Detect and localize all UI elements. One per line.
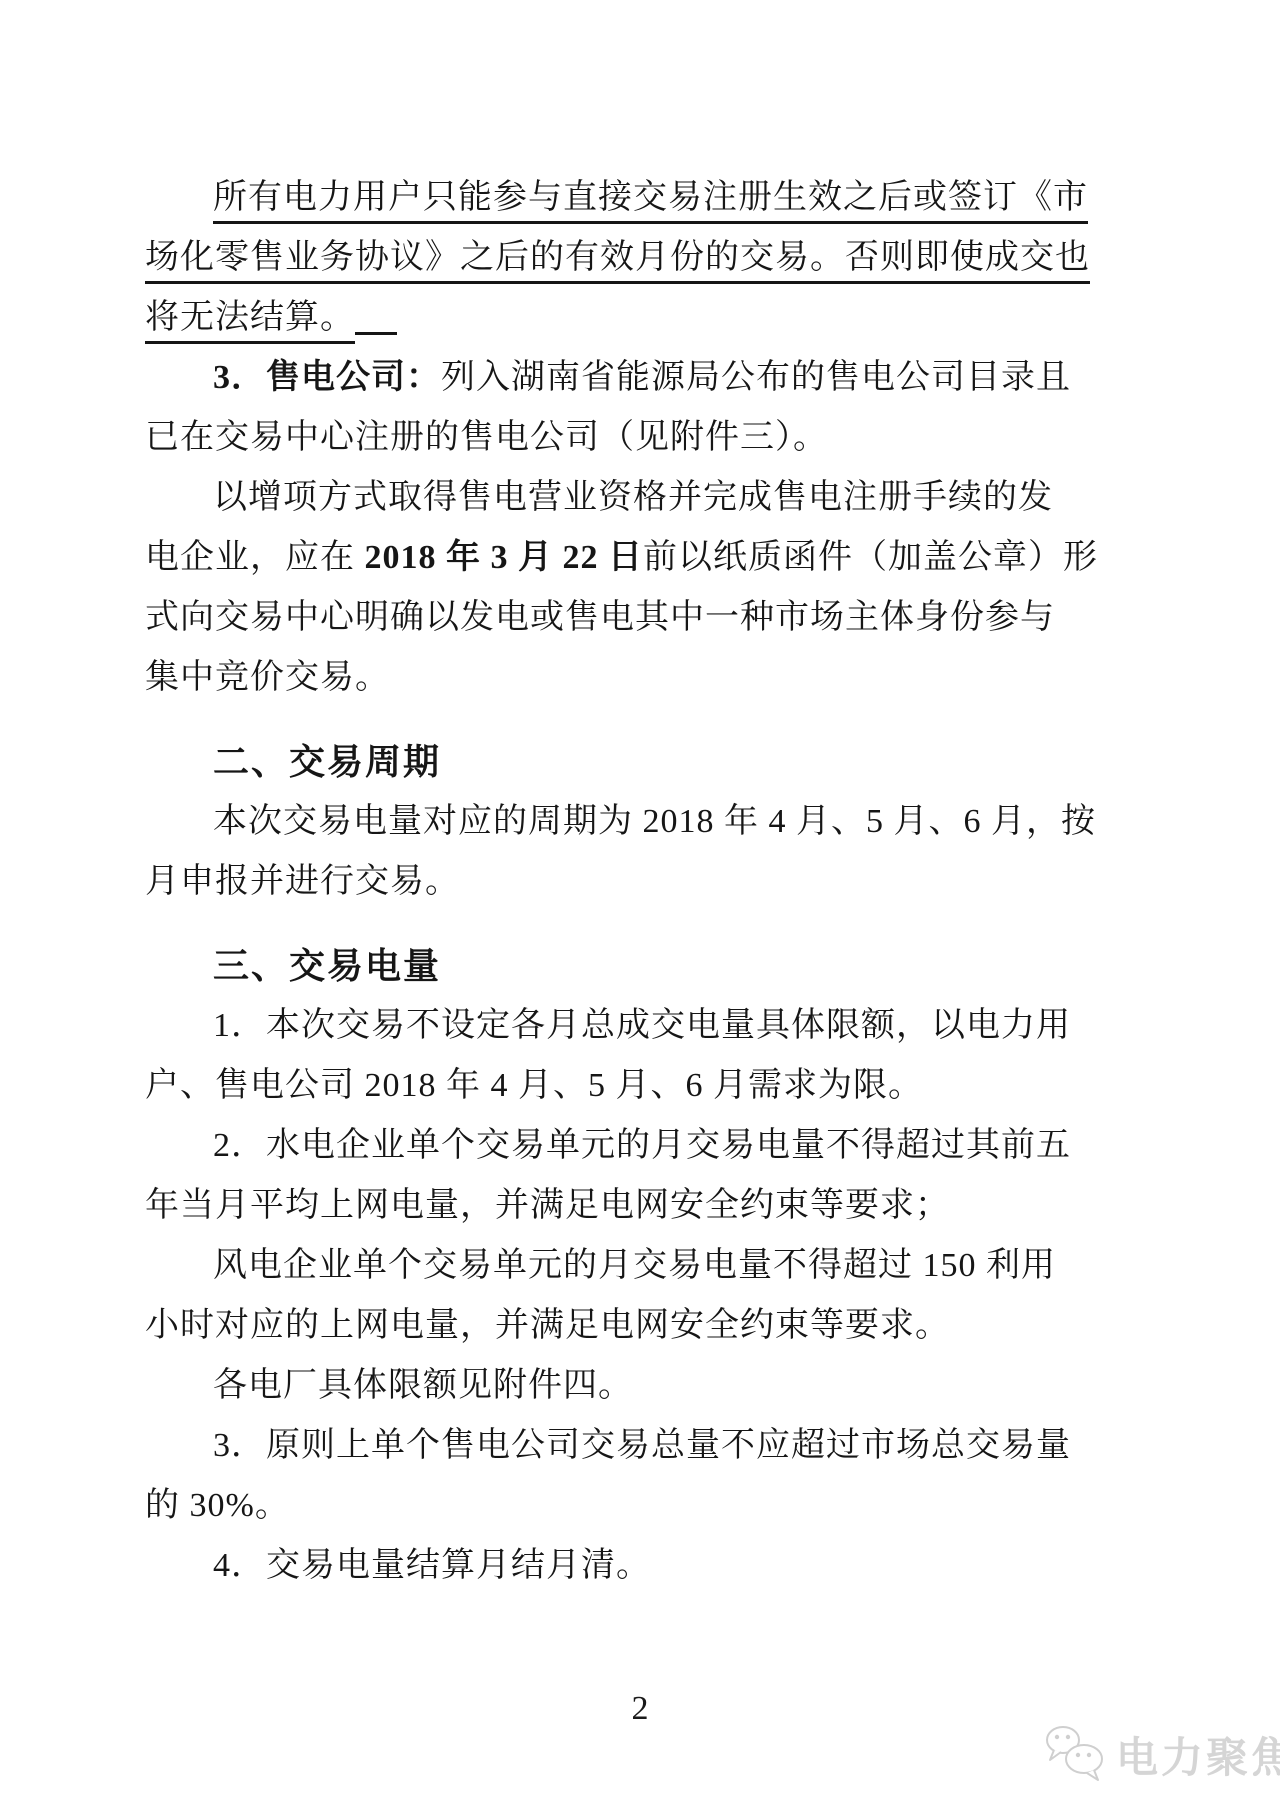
- watermark-label: 电力聚焦: [1116, 1725, 1280, 1785]
- line-text: 各电厂具体限额见附件四。: [213, 1367, 633, 1404]
- wechat-icon: [1042, 1722, 1106, 1787]
- body-line: 场化零售业务协议》之后的有效月份的交易。否则即使成交也: [145, 228, 1095, 288]
- line-text: 月申报并进行交易。: [145, 863, 460, 900]
- body-line: 式向交易中心明确以发电或售电其中一种市场主体身份参与: [145, 588, 1095, 648]
- line-text: 列入湖南省能源局公布的售电公司目录且: [441, 359, 1071, 396]
- body-line: 3．售电公司：列入湖南省能源局公布的售电公司目录且: [145, 348, 1095, 408]
- line-text: 以增项方式取得售电营业资格并完成售电注册手续的发: [213, 479, 1053, 516]
- body-line: 本次交易电量对应的周期为 2018 年 4 月、5 月、6 月，按: [145, 792, 1095, 852]
- line-text: 风电企业单个交易单元的月交易电量不得超过 150 利用: [213, 1247, 1056, 1284]
- line-text: 1．本次交易不设定各月总成交电量具体限额，以电力用: [213, 1007, 1071, 1044]
- line-text: 4．交易电量结算月结月清。: [213, 1547, 651, 1584]
- body-line: 的 30%。: [145, 1476, 1095, 1536]
- line-text: 将无法结算。: [145, 299, 355, 344]
- body-line: 2．水电企业单个交易单元的月交易电量不得超过其前五: [145, 1116, 1095, 1176]
- body-line: 电企业，应在 2018 年 3 月 22 日前以纸质函件（加盖公章）形: [145, 528, 1095, 588]
- line-text: 式向交易中心明确以发电或售电其中一种市场主体身份参与: [145, 599, 1055, 636]
- bold-text-segment: 3．售电公司：: [213, 359, 441, 396]
- line-text: 年当月平均上网电量，并满足电网安全约束等要求；: [145, 1187, 950, 1224]
- body-line: 所有电力用户只能参与直接交易注册生效之后或签订《市: [145, 168, 1095, 228]
- line-text: 的 30%。: [145, 1487, 290, 1524]
- body-line: 月申报并进行交易。: [145, 852, 1095, 912]
- line-text: 前以纸质函件（加盖公章）形: [643, 539, 1098, 576]
- line-text: 户、售电公司 2018 年 4 月、5 月、6 月需求为限。: [145, 1067, 923, 1104]
- section-heading-trading-volume: 三、交易电量: [145, 936, 1095, 996]
- underline-extension: [355, 320, 397, 335]
- body-line: 4．交易电量结算月结月清。: [145, 1536, 1095, 1596]
- body-line: 风电企业单个交易单元的月交易电量不得超过 150 利用: [145, 1236, 1095, 1296]
- line-text: 所有电力用户只能参与直接交易注册生效之后或签订《市: [213, 179, 1088, 224]
- body-line: 集中竞价交易。: [145, 648, 1095, 708]
- bold-date-segment: 2018 年 3 月 22 日: [365, 539, 644, 576]
- watermark: 电力聚焦: [1042, 1722, 1280, 1787]
- body-line: 3．原则上单个售电公司交易总量不应超过市场总交易量: [145, 1416, 1095, 1476]
- body-line: 各电厂具体限额见附件四。: [145, 1356, 1095, 1416]
- line-text: 场化零售业务协议》之后的有效月份的交易。否则即使成交也: [145, 239, 1090, 284]
- line-text: 本次交易电量对应的周期为 2018 年 4 月、5 月、6 月，按: [213, 803, 1096, 840]
- body-line: 年当月平均上网电量，并满足电网安全约束等要求；: [145, 1176, 1095, 1236]
- body-line: 以增项方式取得售电营业资格并完成售电注册手续的发: [145, 468, 1095, 528]
- document-page: 所有电力用户只能参与直接交易注册生效之后或签订《市 场化零售业务协议》之后的有效…: [0, 0, 1280, 1810]
- line-text: 电企业，应在: [145, 539, 365, 576]
- section-heading-trading-period: 二、交易周期: [145, 732, 1095, 792]
- line-text: 已在交易中心注册的售电公司（见附件三）。: [145, 419, 828, 456]
- line-text: 3．原则上单个售电公司交易总量不应超过市场总交易量: [213, 1427, 1071, 1464]
- body-line: 户、售电公司 2018 年 4 月、5 月、6 月需求为限。: [145, 1056, 1095, 1116]
- line-text: 集中竞价交易。: [145, 659, 390, 696]
- body-line: 小时对应的上网电量，并满足电网安全约束等要求。: [145, 1296, 1095, 1356]
- body-line: 已在交易中心注册的售电公司（见附件三）。: [145, 408, 1095, 468]
- body-line: 1．本次交易不设定各月总成交电量具体限额，以电力用: [145, 996, 1095, 1056]
- line-text: 小时对应的上网电量，并满足电网安全约束等要求。: [145, 1307, 950, 1344]
- document-body: 所有电力用户只能参与直接交易注册生效之后或签订《市 场化零售业务协议》之后的有效…: [145, 168, 1095, 1596]
- body-line: 将无法结算。: [145, 288, 1095, 348]
- line-text: 2．水电企业单个交易单元的月交易电量不得超过其前五: [213, 1127, 1071, 1164]
